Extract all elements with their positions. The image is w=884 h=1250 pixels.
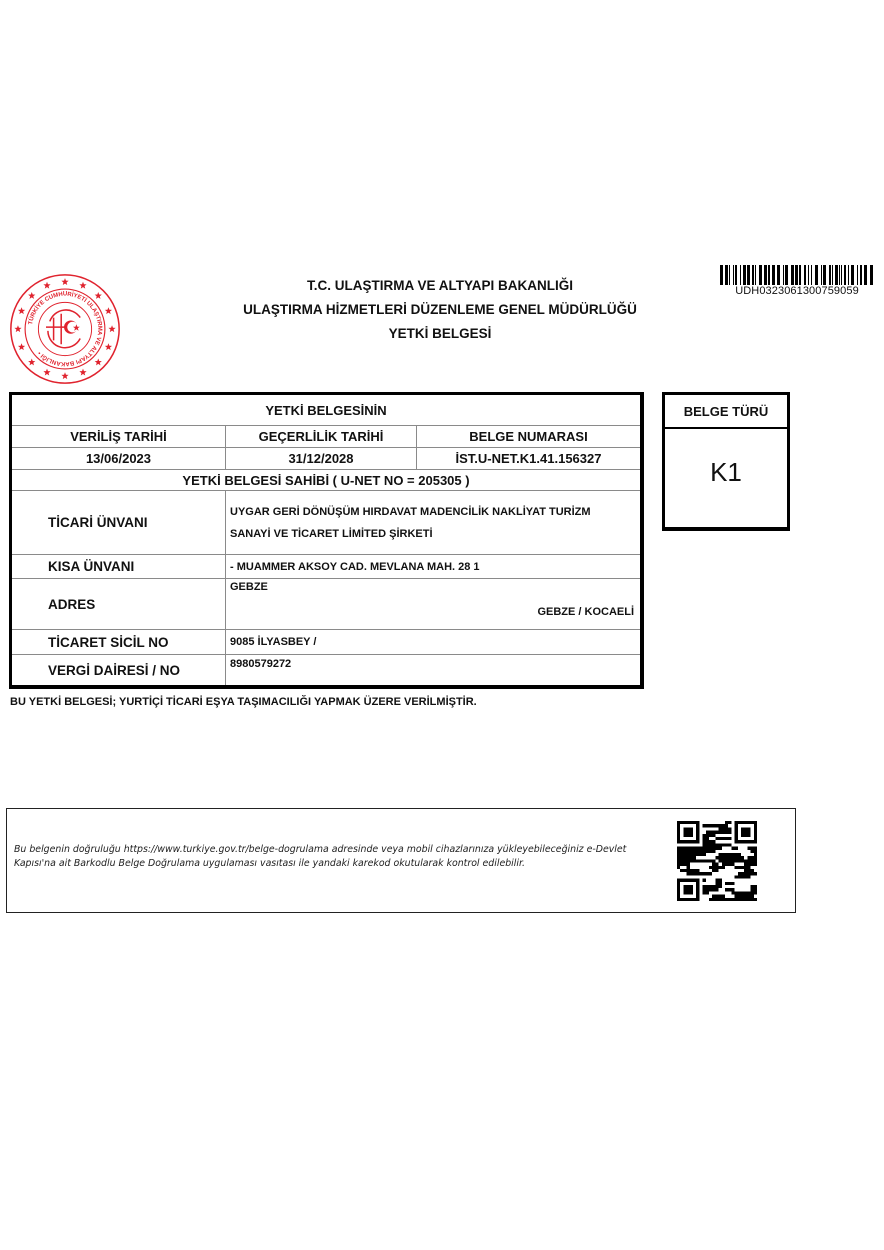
trade-name-line2: SANAYİ VE TİCARET LİMİTED ŞİRKETİ bbox=[230, 523, 433, 545]
holder-title: YETKİ BELGESİ SAHİBİ ( U-NET NO = 205305… bbox=[12, 470, 640, 490]
document-type-value: K1 bbox=[665, 429, 787, 525]
certificate-table: YETKİ BELGESİNİN VERİLİŞ TARİHİ GEÇERLİL… bbox=[9, 392, 644, 689]
document-number: İST.U-NET.K1.41.156327 bbox=[417, 448, 640, 469]
barcode: UDH0323061300759059 bbox=[720, 265, 874, 297]
issue-date-header: VERİLİŞ TARİHİ bbox=[12, 426, 226, 447]
document-type-box: BELGE TÜRÜ K1 bbox=[662, 392, 790, 531]
trade-registry-row: TİCARET SİCİL NO 9085 İLYASBEY / bbox=[12, 630, 640, 655]
trade-name-value: UYGAR GERİ DÖNÜŞÜM HIRDAVAT MADENCİLİK N… bbox=[226, 491, 640, 554]
short-name-row: KISA ÜNVANI - MUAMMER AKSOY CAD. MEVLANA… bbox=[12, 555, 640, 579]
document-type-title: BELGE TÜRÜ bbox=[665, 395, 787, 429]
section-title-row: YETKİ BELGESİNİN bbox=[12, 395, 640, 426]
authorization-note: BU YETKİ BELGESİ; YURTİÇİ TİCARİ EŞYA TA… bbox=[10, 696, 477, 708]
validity-date-header: GEÇERLİLİK TARİHİ bbox=[226, 426, 417, 447]
tax-office-value: 8980579272 bbox=[226, 655, 640, 685]
address-row: ADRES GEBZE GEBZE / KOCAELİ bbox=[12, 579, 640, 630]
document-title: YETKİ BELGESİ bbox=[190, 324, 690, 348]
validity-date: 31/12/2028 bbox=[226, 448, 417, 469]
address-line1: GEBZE bbox=[230, 581, 268, 593]
qr-code-icon bbox=[677, 821, 757, 901]
values-row: 13/06/2023 31/12/2028 İST.U-NET.K1.41.15… bbox=[12, 448, 640, 470]
verification-box: Bu belgenin doğruluğu https://www.turkiy… bbox=[6, 808, 796, 913]
verification-text: Bu belgenin doğruluğu https://www.turkiy… bbox=[14, 843, 654, 871]
short-name-label: KISA ÜNVANI bbox=[12, 555, 226, 578]
document-number-header: BELGE NUMARASI bbox=[417, 426, 640, 447]
trade-name-row: TİCARİ ÜNVANI UYGAR GERİ DÖNÜŞÜM HIRDAVA… bbox=[12, 491, 640, 555]
issue-date: 13/06/2023 bbox=[12, 448, 226, 469]
trade-name-label: TİCARİ ÜNVANI bbox=[12, 491, 226, 554]
barcode-icon bbox=[720, 265, 874, 285]
directorate-name: ULAŞTIRMA HİZMETLERİ DÜZENLEME GENEL MÜD… bbox=[190, 300, 690, 324]
barcode-number: UDH0323061300759059 bbox=[720, 285, 874, 297]
trade-registry-value: 9085 İLYASBEY / bbox=[226, 630, 640, 654]
section-title: YETKİ BELGESİNİN bbox=[12, 395, 640, 425]
tax-office-label: VERGİ DAİRESİ / NO bbox=[12, 655, 226, 685]
verification-line2: Kapısı'na ait Barkodlu Belge Doğrulama u… bbox=[14, 857, 654, 871]
verification-line1: Bu belgenin doğruluğu https://www.turkiy… bbox=[14, 843, 654, 857]
tax-office-row: VERGİ DAİRESİ / NO 8980579272 bbox=[12, 655, 640, 685]
holder-title-row: YETKİ BELGESİ SAHİBİ ( U-NET NO = 205305… bbox=[12, 470, 640, 491]
column-header-row: VERİLİŞ TARİHİ GEÇERLİLİK TARİHİ BELGE N… bbox=[12, 426, 640, 448]
ministry-seal-icon: TÜRKİYE CUMHURİYETİ ULAŞTIRMA VE ALTYAPI… bbox=[8, 272, 122, 386]
address-line2: GEBZE / KOCAELİ bbox=[537, 606, 634, 618]
address-label: ADRES bbox=[12, 579, 226, 629]
trade-name-line1: UYGAR GERİ DÖNÜŞÜM HIRDAVAT MADENCİLİK N… bbox=[230, 501, 591, 523]
address-value: GEBZE GEBZE / KOCAELİ bbox=[226, 579, 640, 629]
ministry-name: T.C. ULAŞTIRMA VE ALTYAPI BAKANLIĞI bbox=[190, 276, 690, 300]
short-name-value: - MUAMMER AKSOY CAD. MEVLANA MAH. 28 1 bbox=[226, 555, 640, 578]
trade-registry-label: TİCARET SİCİL NO bbox=[12, 630, 226, 654]
document-header: T.C. ULAŞTIRMA VE ALTYAPI BAKANLIĞI ULAŞ… bbox=[190, 276, 690, 348]
